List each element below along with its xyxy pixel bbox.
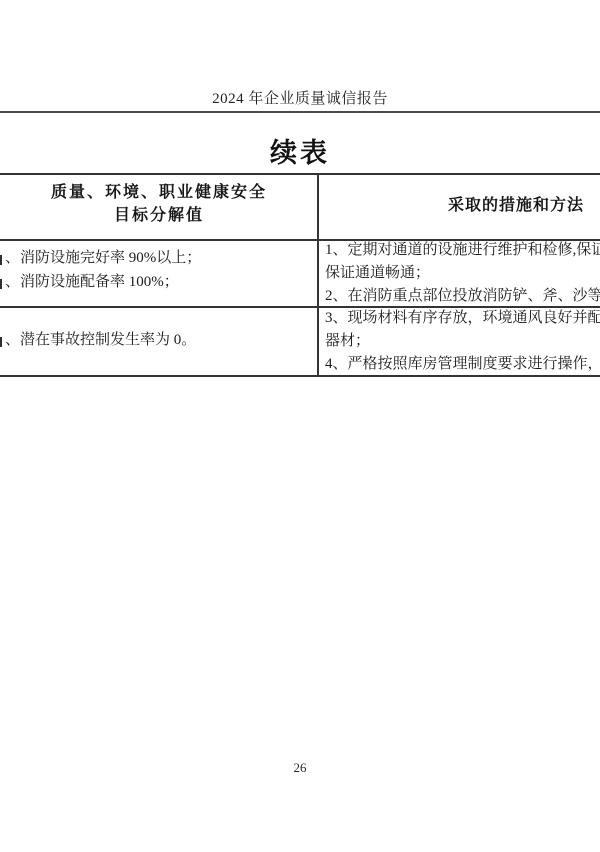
- target-line: 、潜在事故控制发生率为 0。: [5, 329, 318, 352]
- measure-line: 3、现场材料有序存放，环境通风良好并配: [325, 307, 600, 330]
- page-number: 26: [0, 760, 600, 776]
- header-measures-column: 采取的措施和方法: [318, 194, 600, 217]
- measure-line: 1、定期对通道的设施进行维护和检修,保证: [325, 239, 600, 262]
- measure-line: 4、严格按照库房管理制度要求进行操作，: [325, 353, 600, 376]
- target-cell-row2: 、潜在事故控制发生率为 0。: [0, 329, 318, 352]
- target-cell-row1: 、消防设施完好率 90%以上； 、消防设施配备率 100%；: [0, 247, 318, 294]
- document-page: 2024 年企业质量诚信报告 续表 质量、环境、职业健康安全 目标分解值 采取的…: [0, 0, 600, 852]
- clipped-digit-fragment: [0, 337, 2, 347]
- header-measures-label: 采取的措施和方法: [318, 194, 600, 217]
- measure-line: 保证通道畅通；: [325, 262, 600, 285]
- clipped-digit-fragment: [0, 279, 2, 289]
- target-line: 、消防设施完好率 90%以上；: [5, 247, 318, 271]
- measure-line: 2、在消防重点部位投放消防铲、斧、沙等: [325, 285, 600, 308]
- header-target-column: 质量、环境、职业健康安全 目标分解值: [0, 181, 318, 227]
- continued-table-title: 续表: [0, 131, 600, 170]
- running-header: 2024 年企业质量诚信报告: [0, 90, 600, 109]
- header-rule: [0, 111, 600, 113]
- measure-line: 器材；: [325, 330, 600, 353]
- header-target-line1: 质量、环境、职业健康安全: [0, 181, 318, 204]
- table-top-border: [0, 173, 600, 175]
- measures-cell-row2: 3、现场材料有序存放，环境通风良好并配 器材； 4、严格按照库房管理制度要求进行…: [318, 307, 600, 375]
- target-line: 、消防设施配备率 100%；: [5, 271, 318, 295]
- header-target-line2: 目标分解值: [0, 204, 318, 227]
- measures-cell-row1: 1、定期对通道的设施进行维护和检修,保证 保证通道畅通； 2、在消防重点部位投放…: [318, 239, 600, 307]
- clipped-digit-fragment: [0, 255, 2, 265]
